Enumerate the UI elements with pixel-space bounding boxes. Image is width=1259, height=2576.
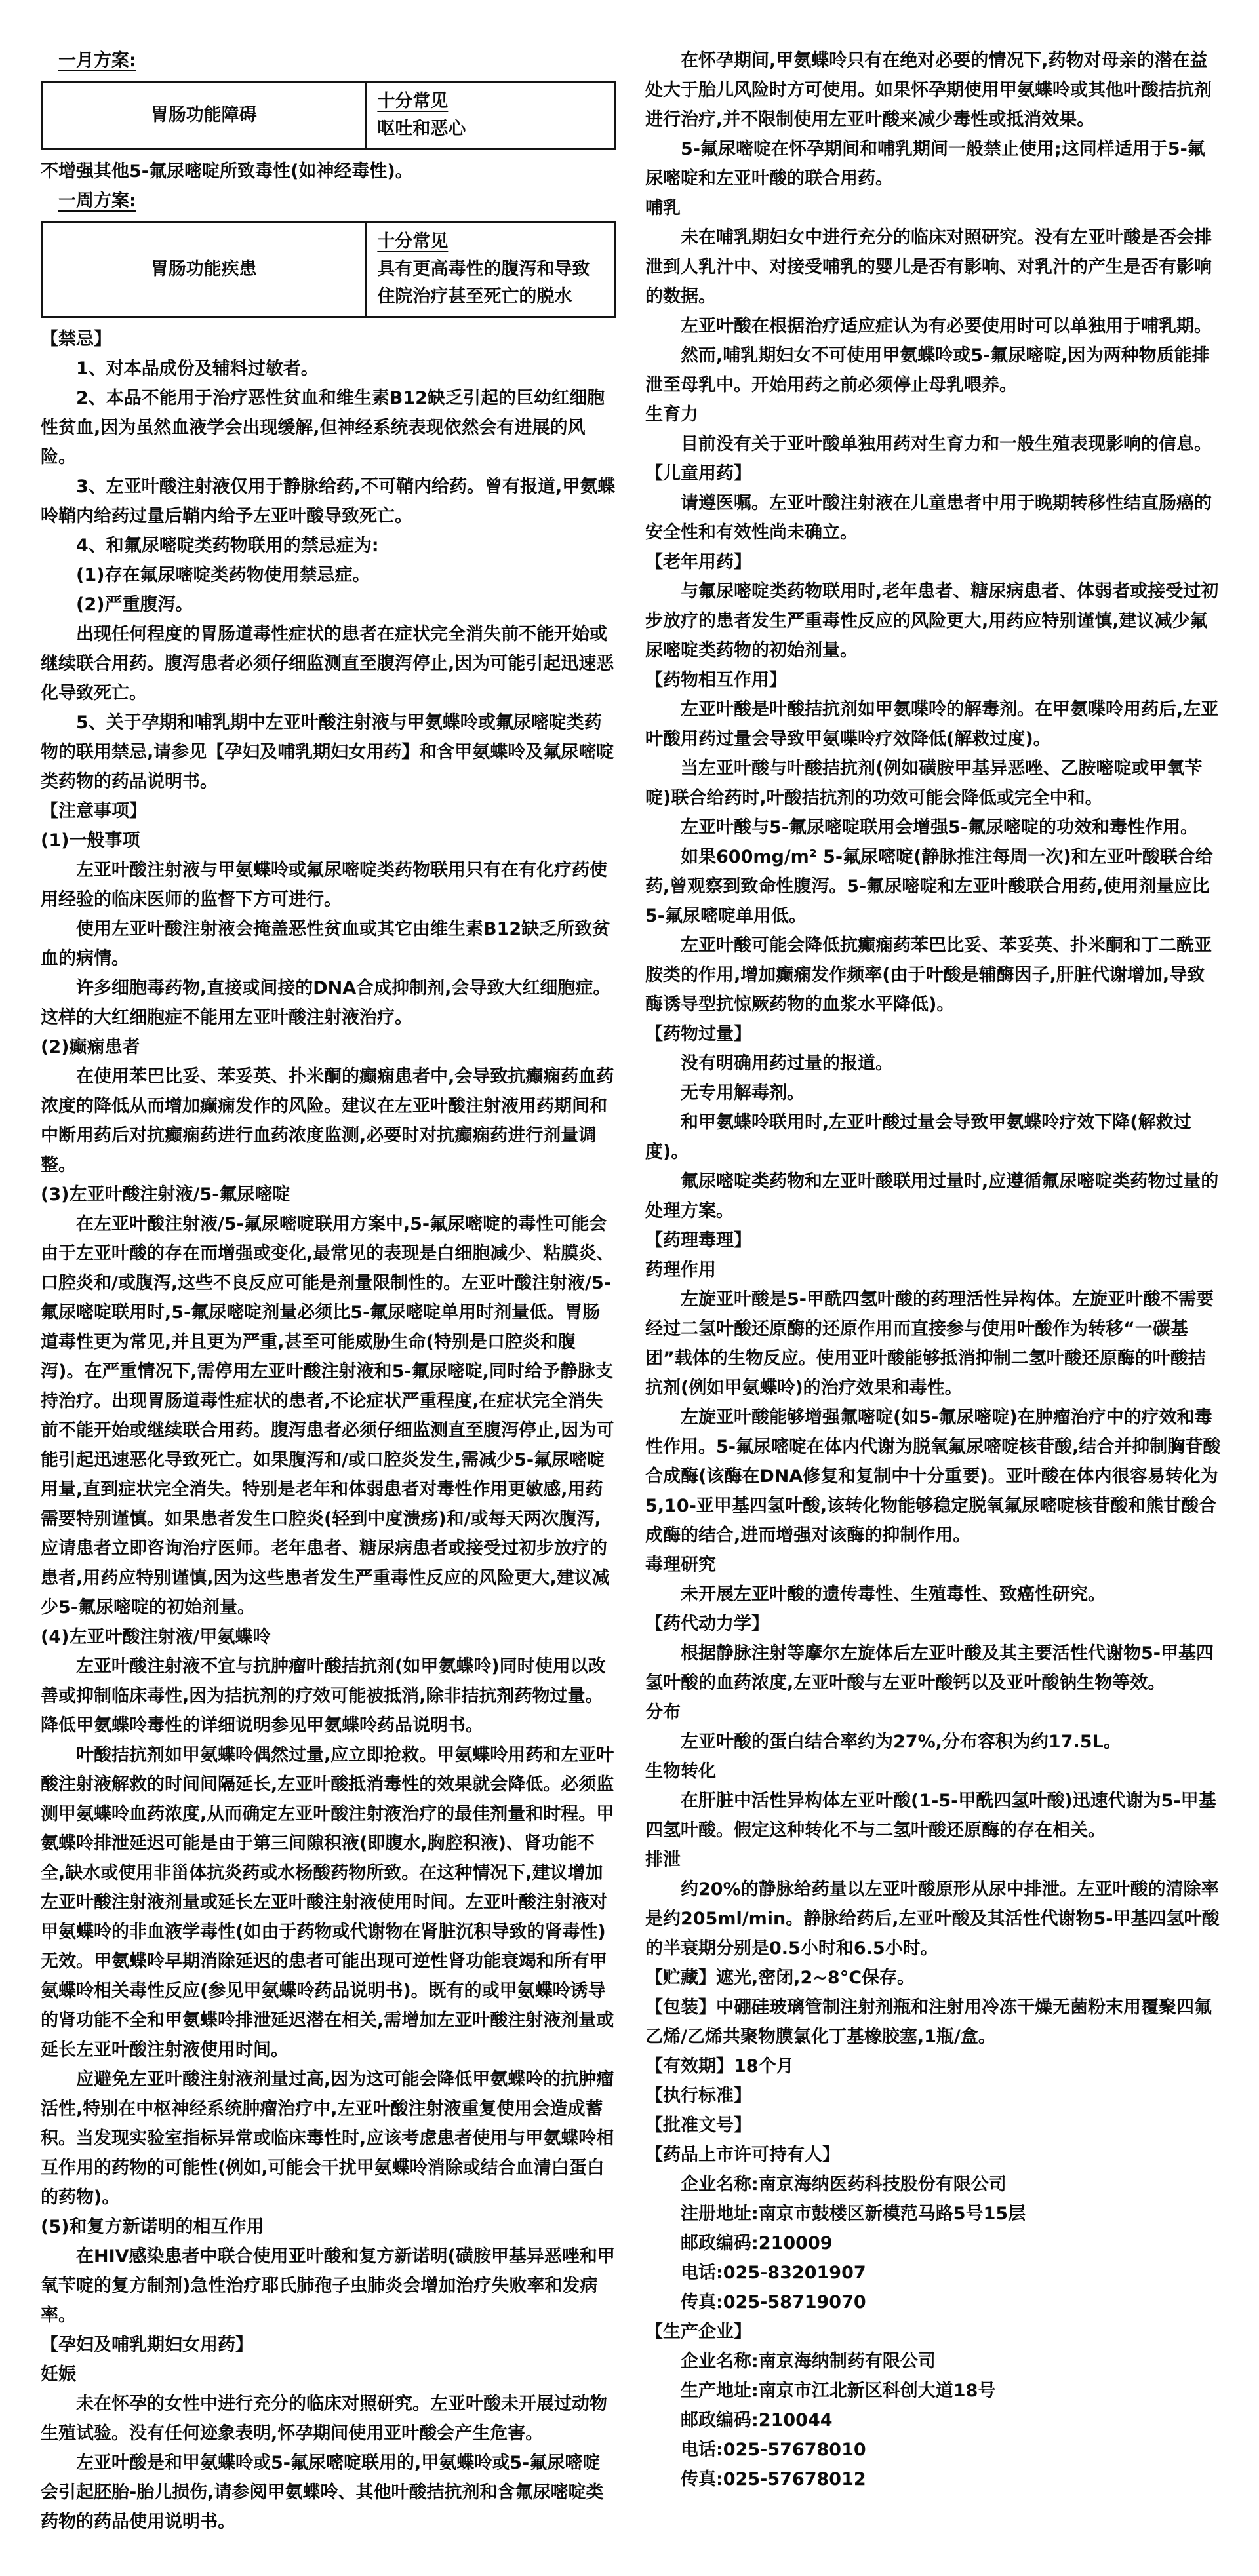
paragraph: (2)严重腹泻。	[41, 590, 616, 619]
paragraph: 在怀孕期间,甲氨蝶呤只有在绝对必要的情况下,药物对母亲的潜在益处大于胎儿风险时方…	[645, 46, 1221, 134]
paragraph: 左旋亚叶酸是5-甲酰四氢叶酸的药理活性异构体。左旋亚叶酸不需要经过二氢叶酸还原酶…	[645, 1285, 1221, 1403]
section-heading: 【孕妇及哺乳期妇女用药】	[41, 2330, 616, 2360]
paragraph: 电话:025-57678010	[645, 2435, 1221, 2465]
reaction-detail-cell: 十分常见具有更高毒性的腹泻和导致住院治疗甚至死亡的脱水	[366, 222, 616, 317]
paragraph: 应避免左亚叶酸注射液剂量过高,因为这可能会降低甲氨蝶呤的抗肿瘤活性,特别在中枢神…	[41, 2065, 616, 2212]
paragraph: 左亚叶酸在根据治疗适应症认为有必要使用时可以单独用于哺乳期。	[645, 311, 1221, 341]
sub-heading: 排泄	[645, 1845, 1221, 1875]
paragraph: 目前没有关于亚叶酸单独用药对生育力和一般生殖表现影响的信息。	[645, 429, 1221, 459]
paragraph: 许多细胞毒药物,直接或间接的DNA合成抑制剂,会导致大红细胞症。这样的大红细胞症…	[41, 973, 616, 1032]
paragraph: 左亚叶酸是叶酸拮抗剂如甲氨喋呤的解毒剂。在甲氨喋呤用药后,左亚叶酸用药过量会导致…	[645, 695, 1221, 754]
paragraph: 根据静脉注射等摩尔左旋体后左亚叶酸及其主要活性代谢物5-甲基四氢叶酸的血药浓度,…	[645, 1639, 1221, 1698]
paragraph-flush: 【批准文号】	[645, 2111, 1221, 2140]
table-row: 胃肠功能障碍 十分常见呕吐和恶心	[42, 82, 616, 149]
table-row: 胃肠功能疾患 十分常见具有更高毒性的腹泻和导致住院治疗甚至死亡的脱水	[42, 222, 616, 317]
paragraph: 2、本品不能用于治疗恶性贫血和维生素B12缺乏引起的巨幼红细胞性贫血,因为虽然血…	[41, 383, 616, 472]
paragraph: 企业名称:南京海纳制药有限公司	[645, 2347, 1221, 2376]
monthly-note: 不增强其他5-氟尿嘧啶所致毒性(如神经毒性)。	[41, 157, 616, 186]
left-column: 一月方案: 胃肠功能障碍 十分常见呕吐和恶心 不增强其他5-氟尿嘧啶所致毒性(如…	[41, 46, 616, 2537]
paragraph: 左旋亚叶酸能够增强氟嘧啶(如5-氟尿嘧啶)在肿瘤治疗中的疗效和毒性作用。5-氟尿…	[645, 1403, 1221, 1550]
paragraph-flush: 【有效期】18个月	[645, 2052, 1221, 2081]
paragraph: 在HIV感染患者中联合使用亚叶酸和复方新诺明(磺胺甲基异恶唑和甲氧苄啶的复方制剂…	[41, 2242, 616, 2330]
paragraph: 传真:025-58719070	[645, 2288, 1221, 2317]
paragraph: 没有明确用药过量的报道。	[645, 1049, 1221, 1078]
paragraph: 当左亚叶酸与叶酸拮抗剂(例如磺胺甲基异恶唑、乙胺嘧啶或甲氧苄啶)联合给药时,叶酸…	[645, 754, 1221, 813]
paragraph: 5-氟尿嘧啶在怀孕期间和哺乳期间一般禁止使用;这同样适用于5-氟尿嘧啶和左亚叶酸…	[645, 134, 1221, 193]
paragraph: 未在怀孕的女性中进行充分的临床对照研究。左亚叶酸未开展过动物生殖试验。没有任何迹…	[41, 2389, 616, 2448]
paragraph: 与氟尿嘧啶类药物联用时,老年患者、糖尿病患者、体弱者或接受过初步放疗的患者发生严…	[645, 577, 1221, 665]
monthly-adverse-reaction-table: 胃肠功能障碍 十分常见呕吐和恶心	[41, 81, 616, 150]
paragraph: 左亚叶酸注射液不宜与抗肿瘤叶酸拮抗剂(如甲氨蝶呤)同时使用以改善或抑制临床毒性,…	[41, 1652, 616, 1740]
sub-heading: 生物转化	[645, 1757, 1221, 1786]
paragraph-flush: 【生产企业】	[645, 2317, 1221, 2347]
paragraph: 生产地址:南京市江北新区科创大道18号	[645, 2376, 1221, 2406]
paragraph: 请遵医嘱。左亚叶酸注射液在儿童患者中用于晚期转移性结直肠癌的安全性和有效性尚未确…	[645, 488, 1221, 547]
paragraph: 未在哺乳期妇女中进行充分的临床对照研究。没有左亚叶酸是否会排泄到人乳汁中、对接受…	[645, 223, 1221, 311]
paragraph: 出现任何程度的胃肠道毒性症状的患者在症状完全消失前不能开始或继续联合用药。腹泻患…	[41, 619, 616, 708]
drug-insert-page: 一月方案: 胃肠功能障碍 十分常见呕吐和恶心 不增强其他5-氟尿嘧啶所致毒性(如…	[0, 0, 1259, 2576]
paragraph: 电话:025-83201907	[645, 2258, 1221, 2288]
sub-heading: 妊娠	[41, 2360, 616, 2389]
weekly-scheme-label-text: 一周方案:	[58, 191, 136, 211]
paragraph: 左亚叶酸与5-氟尿嘧啶联用会增强5-氟尿嘧啶的功效和毒性作用。	[645, 813, 1221, 842]
sub-heading: (4)左亚叶酸注射液/甲氨蝶呤	[41, 1622, 616, 1652]
reaction-class-cell: 胃肠功能疾患	[42, 222, 366, 317]
paragraph: 左亚叶酸是和甲氨蝶呤或5-氟尿嘧啶联用的,甲氨蝶呤或5-氟尿嘧啶会引起胚胎-胎儿…	[41, 2448, 616, 2537]
section-heading: 【注意事项】	[41, 796, 616, 826]
right-column: 在怀孕期间,甲氨蝶呤只有在绝对必要的情况下,药物对母亲的潜在益处大于胎儿风险时方…	[645, 46, 1221, 2537]
monthly-scheme-label: 一月方案:	[41, 46, 616, 75]
section-heading: 【老年用药】	[645, 547, 1221, 577]
paragraph: (1)存在氟尿嘧啶类药物使用禁忌症。	[41, 560, 616, 590]
paragraph: 未开展左亚叶酸的遗传毒性、生殖毒性、致癌性研究。	[645, 1580, 1221, 1609]
monthly-scheme-label-text: 一月方案:	[58, 50, 136, 71]
paragraph: 约20%的静脉给药量以左亚叶酸原形从尿中排泄。左亚叶酸的清除率是约205ml/m…	[645, 1875, 1221, 1963]
left-text-blocks: 【禁忌】1、对本品成份及辅料过敏者。2、本品不能用于治疗恶性贫血和维生素B12缺…	[41, 324, 616, 2537]
paragraph: 左亚叶酸可能会降低抗癫痫药苯巴比妥、苯妥英、扑米酮和丁二酰亚胺类的作用,增加癫痫…	[645, 931, 1221, 1019]
sub-heading: 哺乳	[645, 193, 1221, 223]
section-heading: 【禁忌】	[41, 324, 616, 354]
sub-heading: (2)癫痫患者	[41, 1032, 616, 1062]
sub-heading: 分布	[645, 1698, 1221, 1727]
section-heading: 【儿童用药】	[645, 459, 1221, 488]
paragraph: 5、关于孕期和哺乳期中左亚叶酸注射液与甲氨蝶呤或氟尿嘧啶类药物的联用禁忌,请参见…	[41, 708, 616, 796]
reaction-class-cell: 胃肠功能障碍	[42, 82, 366, 149]
paragraph: 邮政编码:210009	[645, 2229, 1221, 2258]
frequency-text: 十分常见	[377, 91, 448, 111]
symptoms-text: 具有更高毒性的腹泻和导致住院治疗甚至死亡的脱水	[377, 259, 590, 307]
paragraph: 在肝脏中活性异构体左亚叶酸(1-5-甲酰四氢叶酸)迅速代谢为5-甲基四氢叶酸。假…	[645, 1786, 1221, 1845]
paragraph: 注册地址:南京市鼓楼区新模范马路5号15层	[645, 2199, 1221, 2229]
sub-heading: 药理作用	[645, 1255, 1221, 1285]
sub-heading: (5)和复方新诺明的相互作用	[41, 2212, 616, 2242]
paragraph: 左亚叶酸注射液与甲氨蝶呤或氟尿嘧啶类药物联用只有在有化疗药使用经验的临床医师的监…	[41, 855, 616, 914]
section-heading: 【药理毒理】	[645, 1226, 1221, 1255]
paragraph: 然而,哺乳期妇女不可使用甲氨蝶呤或5-氟尿嘧啶,因为两种物质能排泄至母乳中。开始…	[645, 341, 1221, 400]
section-heading: 【药代动力学】	[645, 1609, 1221, 1639]
sub-heading: 毒理研究	[645, 1550, 1221, 1580]
paragraph-flush: 【包装】中硼硅玻璃管制注射剂瓶和注射用冷冻干燥无菌粉末用覆聚四氟乙烯/乙烯共聚物…	[645, 1993, 1221, 2052]
section-heading: 【药物相互作用】	[645, 665, 1221, 695]
frequency-text: 十分常见	[377, 231, 448, 252]
paragraph: 使用左亚叶酸注射液会掩盖恶性贫血或其它由维生素B12缺乏所致贫血的病情。	[41, 914, 616, 973]
right-text-blocks: 在怀孕期间,甲氨蝶呤只有在绝对必要的情况下,药物对母亲的潜在益处大于胎儿风险时方…	[645, 46, 1221, 2494]
paragraph-flush: 【药品上市许可持有人】	[645, 2140, 1221, 2170]
paragraph: 左亚叶酸的蛋白结合率约为27%,分布容积为约17.5L。	[645, 1727, 1221, 1757]
weekly-adverse-reaction-table: 胃肠功能疾患 十分常见具有更高毒性的腹泻和导致住院治疗甚至死亡的脱水	[41, 221, 616, 318]
paragraph: 氟尿嘧啶类药物和左亚叶酸联用过量时,应遵循氟尿嘧啶类药物过量的处理方案。	[645, 1167, 1221, 1226]
paragraph: 在使用苯巴比妥、苯妥英、扑米酮的癫痫患者中,会导致抗癫痫药血药浓度的降低从而增加…	[41, 1062, 616, 1180]
paragraph: 4、和氟尿嘧啶类药物联用的禁忌症为:	[41, 531, 616, 560]
weekly-scheme-label: 一周方案:	[41, 186, 616, 216]
sub-heading: (1)一般事项	[41, 826, 616, 855]
paragraph: 邮政编码:210044	[645, 2406, 1221, 2435]
paragraph: 无专用解毒剂。	[645, 1078, 1221, 1108]
sub-heading: 生育力	[645, 400, 1221, 429]
sub-heading: (3)左亚叶酸注射液/5-氟尿嘧啶	[41, 1180, 616, 1209]
paragraph: 在左亚叶酸注射液/5-氟尿嘧啶联用方案中,5-氟尿嘧啶的毒性可能会由于左亚叶酸的…	[41, 1209, 616, 1622]
paragraph: 和甲氨蝶呤联用时,左亚叶酸过量会导致甲氨蝶呤疗效下降(解救过度)。	[645, 1108, 1221, 1167]
paragraph: 传真:025-57678012	[645, 2465, 1221, 2494]
paragraph-flush: 【贮藏】遮光,密闭,2~8°C保存。	[645, 1963, 1221, 1993]
paragraph: 如果600mg/m² 5-氟尿嘧啶(静脉推注每周一次)和左亚叶酸联合给药,曾观察…	[645, 842, 1221, 931]
paragraph: 叶酸拮抗剂如甲氨蝶呤偶然过量,应立即抢救。甲氨蝶呤用药和左亚叶酸注射液解救的时间…	[41, 1740, 616, 2065]
reaction-detail-cell: 十分常见呕吐和恶心	[366, 82, 616, 149]
paragraph: 企业名称:南京海纳医药科技股份有限公司	[645, 2170, 1221, 2199]
paragraph: 1、对本品成份及辅料过敏者。	[41, 354, 616, 383]
symptoms-text: 呕吐和恶心	[377, 119, 466, 139]
paragraph: 3、左亚叶酸注射液仅用于静脉给药,不可鞘内给药。曾有报道,甲氨蝶呤鞘内给药过量后…	[41, 472, 616, 531]
section-heading: 【药物过量】	[645, 1019, 1221, 1049]
paragraph-flush: 【执行标准】	[645, 2081, 1221, 2111]
